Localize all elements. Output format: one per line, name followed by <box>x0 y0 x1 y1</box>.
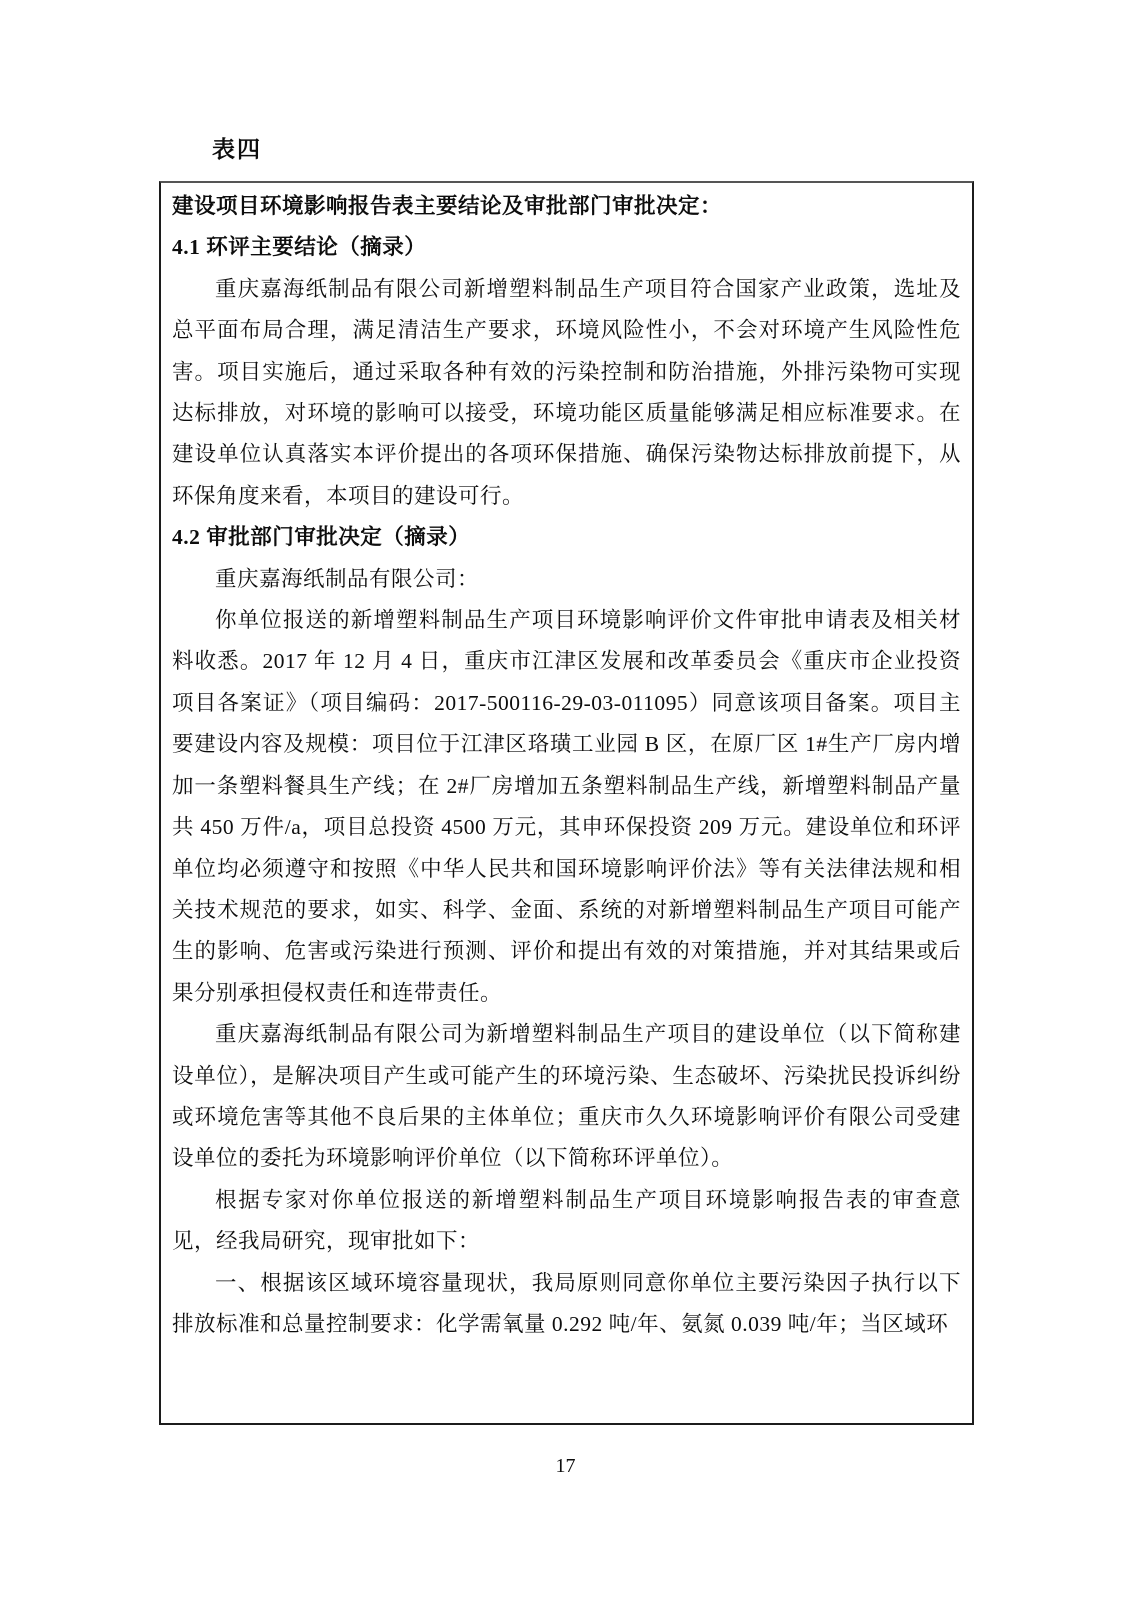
section-4-2-paragraph-review: 根据专家对你单位报送的新增塑料制品生产项目环境影响报告表的审查意见，经我局研究，… <box>172 1180 961 1263</box>
report-conclusion-table: 建设项目环境影响报告表主要结论及审批部门审批决定： 4.1 环评主要结论（摘录）… <box>159 181 974 1425</box>
section-4-2-paragraph-emission-limits: 一、根据该区域环境容量现状，我局原则同意你单位主要污染因子执行以下排放标准和总量… <box>172 1263 961 1346</box>
section-4-2-heading: 4.2 审批部门审批决定（摘录） <box>172 517 961 558</box>
section-4-1-heading: 4.1 环评主要结论（摘录） <box>172 227 961 268</box>
section-4-2-paragraph-responsibility: 重庆嘉海纸制品有限公司为新增塑料制品生产项目的建设单位（以下简称建设单位），是解… <box>172 1014 961 1180</box>
section-4-1-paragraph: 重庆嘉海纸制品有限公司新增塑料制品生产项目符合国家产业政策，选址及总平面布局合理… <box>172 269 961 517</box>
table-caption: 表四 <box>212 131 262 164</box>
table-header: 建设项目环境影响报告表主要结论及审批部门审批决定： <box>172 186 961 227</box>
document-page: 表四 建设项目环境影响报告表主要结论及审批部门审批决定： 4.1 环评主要结论（… <box>0 0 1131 1600</box>
section-4-2-salutation: 重庆嘉海纸制品有限公司： <box>172 559 961 600</box>
section-4-2-paragraph-approval: 你单位报送的新增塑料制品生产项目环境影响评价文件审批申请表及相关材料收悉。201… <box>172 600 961 1014</box>
page-number: 17 <box>0 1455 1131 1478</box>
